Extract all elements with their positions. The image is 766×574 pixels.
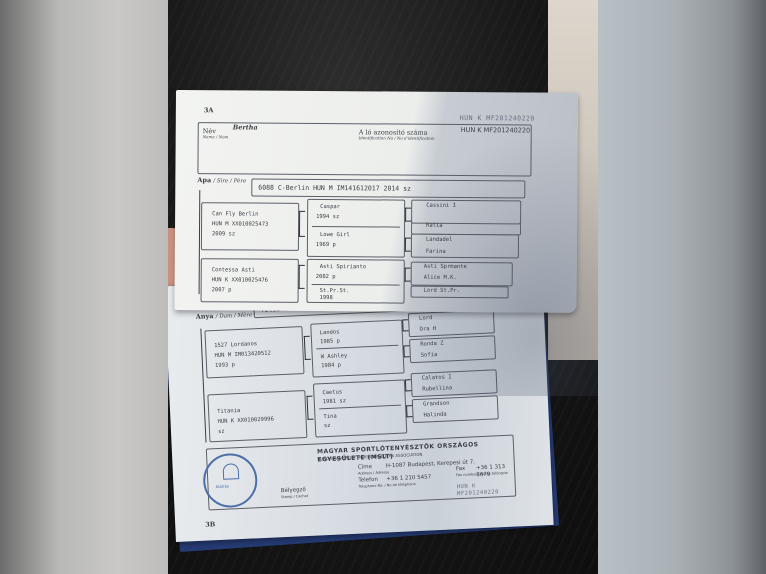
ancestor-year: sz: [218, 429, 225, 436]
ancestor-name: W Ashley: [321, 353, 348, 361]
ancestor-name: Titania: [217, 408, 240, 416]
ancestor-year: 1969 p: [316, 242, 336, 249]
ancestor-name: Landos: [320, 329, 340, 337]
pedigree-bracket: [304, 336, 311, 360]
ancestor-name: Grandson: [423, 400, 450, 408]
great-grandparent-box: Lord St.Pr.: [411, 286, 509, 299]
phone-value: +36 1 210 5457: [386, 474, 431, 483]
ancestor-name: Landadel: [426, 237, 453, 244]
ancestor-name: Lord: [419, 315, 433, 323]
ancestor-name: Halinda: [423, 412, 446, 420]
grandparent-box: Asti Spirianto 2002 p St.Pr.St. 1998: [307, 259, 405, 304]
pedigree-bracket: [299, 265, 305, 289]
id-stamp: HUN K MF201240220: [460, 114, 535, 123]
ancestor-year: 1985 p: [320, 338, 340, 346]
ancestor-name: Asti Sprmante: [424, 264, 467, 271]
ancestor-name: Tina: [323, 414, 337, 422]
ancestor-year: 2002 p: [316, 274, 336, 281]
ancestor-year: 1998: [320, 295, 333, 302]
id-label-sub: Identification No / No d'identification: [359, 135, 435, 141]
address-label-sub: Address / Adresse: [358, 470, 389, 475]
sire-sire-box: Can Fly Berlin HUN M XX010025473 2009 sz: [201, 202, 299, 251]
ancestor-id: HUN K XX010029996: [217, 416, 274, 426]
ancestor-year: 1994 sz: [316, 214, 339, 221]
divider: [312, 226, 400, 228]
ancestor-name: Asti Spirianto: [320, 264, 366, 271]
grandparent-box: Landos 1985 p W Ashley 1984 p: [310, 320, 404, 378]
page-3a: 3A HUN K MF201240220 Név Name / Nom Bert…: [174, 90, 578, 313]
id-value: HUN K MF201240220: [461, 126, 531, 134]
ancestor-name: Farina: [426, 249, 446, 256]
great-grandparent-box: Cassini I: [411, 200, 521, 225]
ancestor-year: 2007 p: [212, 287, 232, 294]
ancestor-name: Cassini I: [426, 203, 456, 210]
great-grandparent-box: Asti Sprmante Alice M.K.: [411, 262, 513, 287]
fax-value: +36 1 313 8679: [476, 464, 515, 480]
ancestor-name: Caetus: [322, 389, 342, 397]
great-grandparent-box: Landadel Farina: [411, 234, 519, 259]
ancestor-id: HUN M IM013420512: [214, 351, 271, 361]
ancestor-name: 1527 Lordanos: [214, 341, 257, 350]
ancestor-name: Lord St.Pr.: [424, 288, 460, 295]
ancestor-name: Rubellina: [422, 385, 452, 393]
sire-value: 6088 C-Berlin HUN M IM141612017 2014 sz: [258, 184, 411, 193]
dam-dam-box: Titania HUN K XX010029996 sz: [207, 390, 307, 442]
ancestor-name: Ratia: [426, 223, 443, 230]
signature-label: Aláírás: [215, 484, 229, 490]
name-id-box: Név Name / Nom Bertha A ló azonosító szá…: [197, 122, 531, 176]
ancestor-year: 1981 sz: [323, 398, 346, 406]
blurred-background-left: [0, 0, 168, 574]
id-stamp: HUN K MF201240220: [457, 482, 516, 499]
name-label-sub: Name / Nom: [203, 134, 229, 139]
ancestor-name: Contessa Asti: [212, 267, 255, 274]
ancestor-name: Sofia: [421, 352, 438, 360]
pedigree-bracket: [307, 396, 314, 420]
sire-label: Apa / Sire / Père: [197, 176, 246, 185]
dam-label: Anya / Dam / Mère: [196, 310, 253, 322]
dam-sire-box: 1527 Lordanos HUN M IM013420512 1993 p: [204, 326, 304, 378]
divider: [312, 284, 400, 286]
ancestor-year: 1984 p: [321, 362, 341, 370]
page-number: 3A: [204, 106, 214, 114]
grandparent-box: Caetus 1981 sz Tina sz: [313, 379, 407, 437]
page-number: 3B: [205, 520, 215, 528]
ancestor-name: Alice M.K.: [424, 275, 457, 282]
sire-dam-box: Contessa Asti HUN K XX010025476 2007 p: [201, 258, 299, 303]
sire-field: 6088 C-Berlin HUN M IM141612017 2014 sz: [251, 179, 525, 199]
seal-emblem-icon: [223, 463, 240, 480]
ancestor-year: sz: [324, 423, 331, 430]
great-grandparent-box: Lord Ora H: [408, 309, 495, 337]
passport-photo: Anya / Dam / Mère Titiana-H HUN K IM0024…: [168, 0, 598, 574]
ancestor-name: Ronda Z: [420, 341, 443, 349]
ancestor-year: 1993 p: [215, 362, 235, 370]
blurred-background-right: [598, 0, 766, 574]
great-grandparent-box: Calatos I Rubellina: [411, 369, 498, 397]
ancestor-name: Can Fly Berlin: [212, 211, 258, 218]
great-grandparent-box: Grandson Halinda: [412, 395, 499, 423]
grandparent-box: Caspar 1994 sz Lowe Girl 1969 p: [307, 199, 405, 258]
ancestor-year: 2009 sz: [212, 231, 235, 238]
ancestor-name: Ora H: [419, 326, 436, 334]
name-value: Bertha: [233, 123, 258, 131]
ancestor-name: Lowe Girl: [320, 232, 350, 239]
ancestor-name: Caspar: [320, 204, 340, 211]
great-grandparent-box: Ronda Z Sofia: [409, 335, 496, 363]
ancestor-name: Calatos I: [422, 374, 452, 382]
ancestor-id: HUN M XX010025473: [212, 221, 268, 228]
stamp-label-sub: Stamp / Cachet: [281, 494, 308, 499]
pedigree-bracket: [299, 211, 305, 237]
ancestor-id: HUN K XX010025476: [212, 277, 268, 284]
